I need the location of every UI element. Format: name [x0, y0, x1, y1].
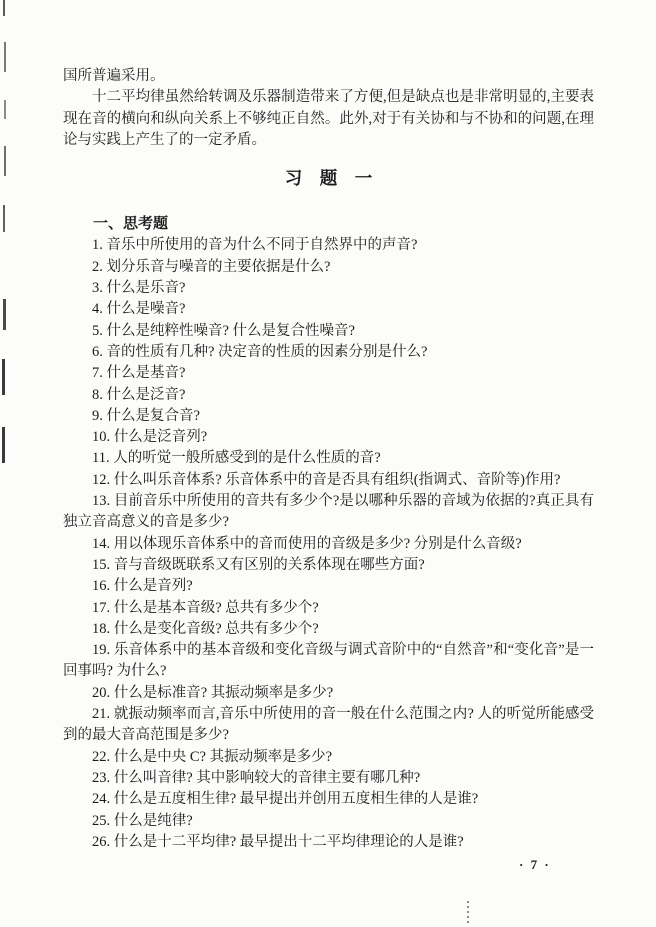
scan-binding-mark: [4, 42, 6, 72]
paragraph-continuation: 国所普遍采用。: [63, 66, 594, 87]
question-item: 20. 什么是标准音? 其振动频率是多少?: [63, 683, 594, 704]
question-item: 18. 什么是变化音级? 总共有多少个?: [63, 619, 594, 640]
question-item: 7. 什么是基音?: [63, 363, 594, 384]
question-item: 26. 什么是十二平均律? 最早提出十二平均律理论的人是谁?: [63, 832, 594, 853]
page-number: · 7 ·: [519, 857, 551, 873]
question-item: 24. 什么是五度相生律? 最早提出并创用五度相生律的人是谁?: [63, 789, 594, 810]
question-item: 10. 什么是泛音列?: [63, 427, 594, 448]
question-item: 17. 什么是基本音级? 总共有多少个?: [63, 598, 594, 619]
question-item: 14. 用以体现乐音体系中的音而使用的音级是多少? 分别是什么音级?: [63, 534, 594, 555]
question-item: 3. 什么是乐音?: [63, 278, 594, 299]
question-item: 25. 什么是纯律?: [63, 811, 594, 832]
section-label: 一、思考题: [63, 214, 594, 235]
question-item: 11. 人的听觉一般所感受到的是什么性质的音?: [63, 448, 594, 469]
page-body: 国所普遍采用。 十二平均律虽然给转调及乐器制造带来了方便,但是缺点也是非常明显的…: [63, 66, 594, 853]
exercise-title: 习 题 一: [63, 166, 594, 191]
question-item: 8. 什么是泛音?: [63, 385, 594, 406]
scan-binding-mark: [4, 100, 6, 119]
scan-binding-mark: [2, 427, 5, 463]
scan-artifact: [467, 901, 469, 924]
question-item: 2. 划分乐音与噪音的主要依据是什么?: [63, 257, 594, 278]
question-item: 5. 什么是纯粹性噪音? 什么是复合性噪音?: [63, 321, 594, 342]
question-item: 1. 音乐中所使用的音为什么不同于自然界中的声音?: [63, 235, 594, 256]
question-item: 13. 目前音乐中所使用的音共有多少个?是以哪种乐器的音域为依据的?真正具有独立…: [63, 491, 594, 534]
scan-binding-mark: [3, 205, 5, 232]
question-item: 6. 音的性质有几种? 决定音的性质的因素分别是什么?: [63, 342, 594, 363]
question-item: 9. 什么是复合音?: [63, 406, 594, 427]
question-item: 15. 音与音级既联系又有区别的关系体现在哪些方面?: [63, 555, 594, 576]
question-item: 22. 什么是中央 C? 其振动频率是多少?: [63, 747, 594, 768]
scan-binding-mark: [3, 0, 5, 16]
scan-binding-mark: [4, 146, 6, 176]
question-item: 23. 什么叫音律? 其中影响较大的音律主要有哪几种?: [63, 768, 594, 789]
question-item: 12. 什么叫乐音体系? 乐音体系中的音是否具有组织(指调式、音阶等)作用?: [63, 470, 594, 491]
question-item: 4. 什么是噪音?: [63, 299, 594, 320]
question-item: 19. 乐音体系中的基本音级和变化音级与调式音阶中的“自然音”和“变化音”是一回…: [63, 640, 594, 683]
question-item: 21. 就振动频率而言,音乐中所使用的音一般在什么范围之内? 人的听觉所能感受到…: [63, 704, 594, 747]
scan-binding-mark: [2, 359, 5, 395]
intro-paragraph: 十二平均律虽然给转调及乐器制造带来了方便,但是缺点也是非常明显的,主要表现在音的…: [63, 87, 594, 151]
question-item: 16. 什么是音列?: [63, 576, 594, 597]
scan-binding-mark: [3, 299, 6, 330]
scanned-book-page: 国所普遍采用。 十二平均律虽然给转调及乐器制造带来了方便,但是缺点也是非常明显的…: [0, 0, 656, 927]
